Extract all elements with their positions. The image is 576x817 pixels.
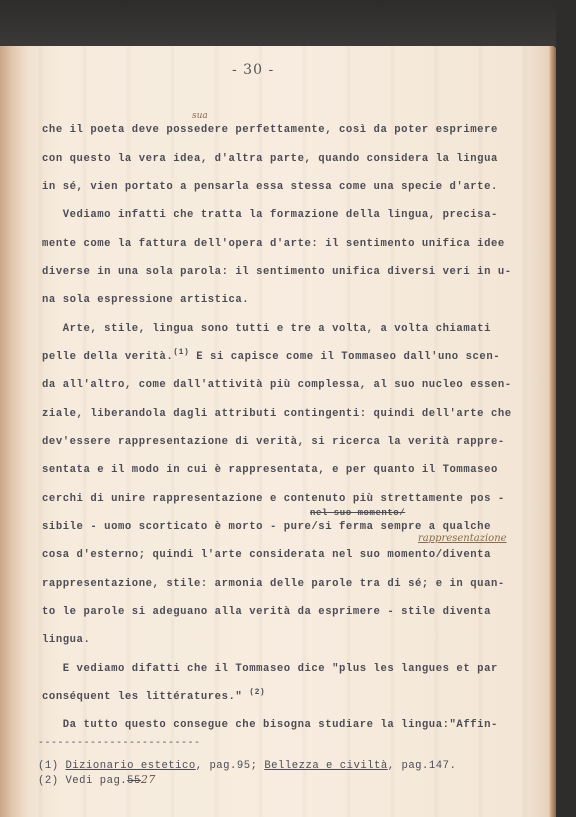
text-line-9: pelle della verità.(1) E si capisce come… xyxy=(42,351,500,363)
page-number: - 30 - xyxy=(232,62,274,78)
text-line-2: con questo la vera idea, d'altra parte, … xyxy=(42,153,498,165)
footnote-ref-2: (2) xyxy=(249,688,265,697)
text-line-20: E vediamo difatti che il Tommaseo dice "… xyxy=(42,663,498,675)
text-line-3: in sé, vien portato a pensarla essa stes… xyxy=(42,181,498,193)
text-line-1: che il poeta deve possedere perfettament… xyxy=(42,124,498,136)
text-line-5: mente come la fattura dell'opera d'arte:… xyxy=(42,238,505,250)
scanner-background-right xyxy=(556,0,576,817)
text-line-19: lingua. xyxy=(42,634,90,646)
footnote-ref-1: (1) xyxy=(173,348,189,357)
text-line-4: Vediamo infatti che tratta la formazione… xyxy=(42,209,498,221)
text-line-10: da all'altro, come dall'attività più com… xyxy=(42,379,512,391)
typewritten-page: - 30 - sua che il poeta deve possedere p… xyxy=(0,46,556,817)
footnote-2: (2) Vedi pag.5527 xyxy=(38,773,156,787)
struck-insertion: nel suo momento/ xyxy=(310,508,405,518)
scanner-background-top xyxy=(0,0,576,46)
text-line-6: diverse in una sola parola: il sentiment… xyxy=(42,266,512,278)
text-line-12: dev'essere rappresentazione di verità, s… xyxy=(42,436,505,448)
handwritten-correction-sua: sua xyxy=(192,111,208,121)
text-line-21: conséquent les littératures." (2) xyxy=(42,691,265,703)
text-line-16: cosa d'esterno; quindi l'arte considerat… xyxy=(42,549,491,561)
page-edge xyxy=(550,46,556,817)
handwritten-insertion-rappresentazione: rappresentazione xyxy=(418,533,507,544)
text-line-11: ziale, liberandola dagli attributi conti… xyxy=(42,408,512,420)
text-line-18: to le parole si adeguano alla verità da … xyxy=(42,606,491,618)
handwritten-page-correction: 27 xyxy=(141,773,156,786)
text-line-14: cerchi di unire rappresentazione e conte… xyxy=(42,493,505,505)
text-line-13: sentata e il modo in cui è rappresentata… xyxy=(42,464,498,476)
footnote-1: (1) Dizionario estetico, pag.95; Bellezz… xyxy=(38,760,456,772)
text-line-15: sibile - uomo scorticato è morto - pure/… xyxy=(42,521,491,533)
text-line-8: Arte, stile, lingua sono tutti e tre a v… xyxy=(42,323,491,335)
footnote-title-dizionario: Dizionario estetico xyxy=(65,760,195,772)
text-line-17: rappresentazione, stile: armonia delle p… xyxy=(42,578,505,590)
footnote-divider: ------------------------- xyxy=(38,738,201,749)
text-line-22: Da tutto questo consegue che bisogna stu… xyxy=(42,719,498,731)
footnote-title-bellezza: Bellezza e civiltà xyxy=(264,760,387,772)
text-line-7: na sola espressione artistica. xyxy=(42,294,249,306)
